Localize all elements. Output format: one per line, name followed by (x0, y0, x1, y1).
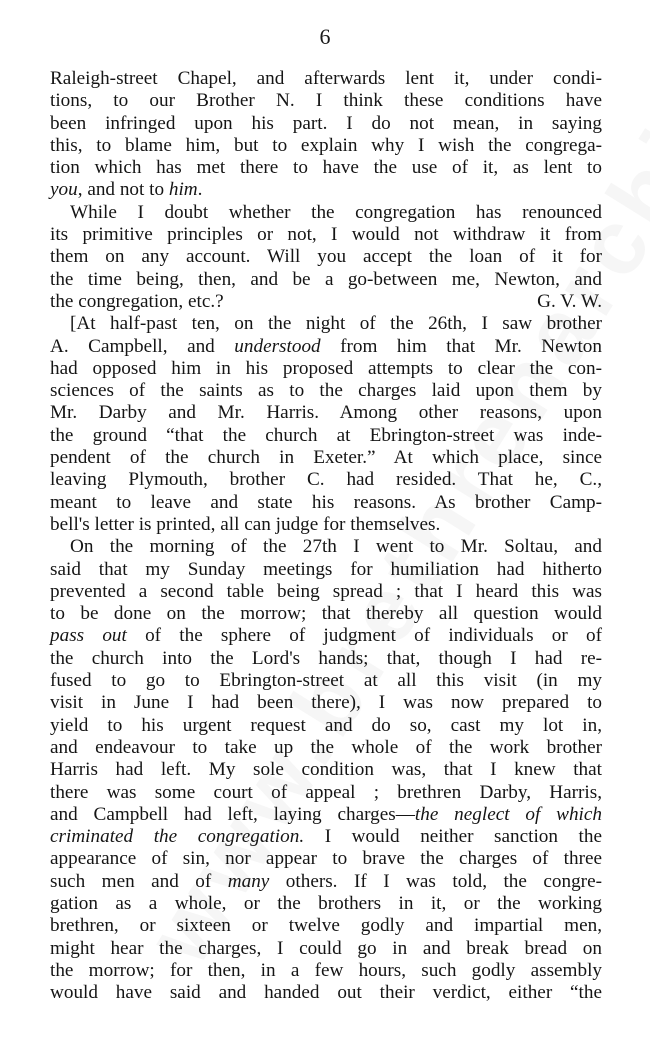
text-line: said that my Sunday meetings for humilia… (50, 559, 602, 581)
italic-text: many (228, 871, 270, 892)
text-line: the congregation, etc.? G. V. W. (50, 291, 602, 313)
text-line: brethren, or sixteen or twelve godly and… (50, 915, 602, 937)
text-line: might hear the charges, I could go in an… (50, 938, 602, 960)
page-number: 6 (0, 24, 650, 50)
text-line: A. Campbell, and understood from him tha… (50, 336, 602, 358)
paragraph-2: While I doubt whether the congregation h… (50, 202, 602, 313)
text-line: meant to leave and state his reasons. As… (50, 492, 602, 514)
text-span: from him that Mr. Newton (321, 336, 602, 357)
text-line: the ground “that the church at Ebrington… (50, 425, 602, 447)
body-text: Raleigh-street Chapel, and afterwards le… (50, 68, 602, 1004)
text-line: Raleigh-street Chapel, and afterwards le… (50, 68, 602, 90)
text-line: Mr. Darby and Mr. Harris. Among other re… (50, 402, 602, 424)
text-line: and endeavour to take up the whole of th… (50, 737, 602, 759)
italic-text: understood (234, 336, 320, 357)
text-line: On the morning of the 27th I went to Mr.… (50, 536, 602, 558)
text-line: tions, to our Brother N. I think these c… (50, 90, 602, 112)
text-line: tion which has met there to have the use… (50, 157, 602, 179)
text-line: pass out of the sphere of judgment of in… (50, 625, 602, 647)
text-line: bell's letter is printed, all can judge … (50, 514, 602, 536)
text-line: the time being, then, and be a go-betwee… (50, 269, 602, 291)
text-line: sciences of the saints as to the charges… (50, 380, 602, 402)
text-span: such men and of (50, 871, 228, 892)
paragraph-1: Raleigh-street Chapel, and afterwards le… (50, 68, 602, 202)
paragraph-4: On the morning of the 27th I went to Mr.… (50, 536, 602, 1004)
text-line: would have said and handed out their ver… (50, 982, 602, 1004)
italic-text: pass out (50, 625, 127, 646)
text-line: gation as a whole, or the brothers in it… (50, 893, 602, 915)
text-line: its primitive principles or not, I would… (50, 224, 602, 246)
text-line: them on any account. Will you accept the… (50, 246, 602, 268)
text-span: . (198, 179, 203, 200)
text-span: the congregation, etc.? (50, 291, 224, 313)
text-line: yield to his urgent request and do so, c… (50, 715, 602, 737)
text-span: A. Campbell, and (50, 336, 234, 357)
text-line: and Campbell had left, laying charges—th… (50, 804, 602, 826)
text-line: the morrow; for then, in a few hours, su… (50, 960, 602, 982)
signature: G. V. W. (537, 291, 602, 313)
paragraph-3: [At half-past ten, on the night of the 2… (50, 313, 602, 536)
italic-text: criminated the congregation. (50, 826, 304, 847)
text-line: prevented a second table being spread ; … (50, 581, 602, 603)
text-span: , and not to (78, 179, 169, 200)
text-line: leaving Plymouth, brother C. had resided… (50, 469, 602, 491)
italic-text: the neglect of which (415, 804, 602, 825)
document-page: www.brethrenarchive.org 6 Raleigh-street… (0, 0, 650, 1061)
text-line: the church into the Lord's hands; that, … (50, 648, 602, 670)
text-span: of the sphere of judgment of individuals… (127, 625, 602, 646)
text-line: such men and of many others. If I was to… (50, 871, 602, 893)
text-line: [At half-past ten, on the night of the 2… (50, 313, 602, 335)
text-line: fused to go to Ebrington-street at all t… (50, 670, 602, 692)
text-line: appearance of sin, nor appear to brave t… (50, 848, 602, 870)
text-line: there was some court of appeal ; brethre… (50, 782, 602, 804)
text-line: this, to blame him, but to explain why I… (50, 135, 602, 157)
text-line: pendent of the church in Exeter.” At whi… (50, 447, 602, 469)
text-line: Harris had left. My sole condition was, … (50, 759, 602, 781)
text-line: to be done on the morrow; that thereby a… (50, 603, 602, 625)
text-line: While I doubt whether the congregation h… (50, 202, 602, 224)
italic-text: you (50, 179, 78, 200)
italic-text: him (169, 179, 198, 200)
text-span: and Campbell had left, laying charges— (50, 804, 415, 825)
text-span: I would neither sanction the (304, 826, 602, 847)
text-line: visit in June I had been there), I was n… (50, 692, 602, 714)
text-line: been infringed upon his part. I do not m… (50, 113, 602, 135)
text-line: had opposed him in his proposed attempts… (50, 358, 602, 380)
text-line: you, and not to him. (50, 179, 602, 201)
text-span: others. If I was told, the congre- (269, 871, 602, 892)
text-line: criminated the congregation. I would nei… (50, 826, 602, 848)
